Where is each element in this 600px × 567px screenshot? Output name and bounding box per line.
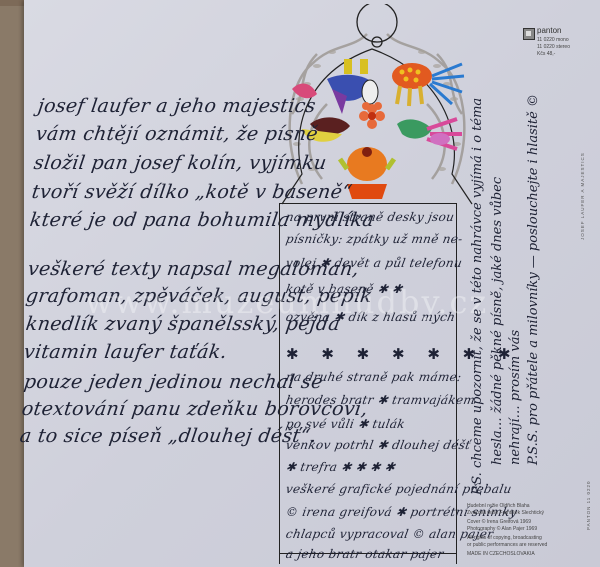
handwritten-liner-notes: josef laufer a jeho majestics vám chtějí… — [38, 95, 298, 455]
track-line: ✱ trefra ✱ ✱ ✱ ✱ — [285, 460, 397, 474]
price: Kčs 48,- — [537, 51, 555, 57]
ps-line: nehrají… prosím vás — [508, 330, 523, 465]
note-line: složil pan josef kolín, vyjímku — [32, 152, 328, 174]
credit-line: or public performances are reserved — [467, 542, 547, 549]
note-line: josef laufer a jeho majestics — [36, 95, 317, 117]
track-line: písničky: zpátky už mně ne- — [285, 232, 464, 246]
track-line: volej ✱ devět a půl telefonu — [285, 256, 464, 270]
track-line: herodes bratr ✱ tramvajákem — [285, 393, 477, 407]
note-line: a to sice píseň „dlouhej déšť“. — [18, 425, 318, 447]
track-line: na druhé straně pak máme: — [285, 370, 463, 384]
spine-title: JOSEF LAUFER A MAJESTICS — [580, 152, 585, 240]
catalog-mono: 11 0220 mono — [537, 37, 569, 43]
track-line: venkov potrhl ✱ dlouhej déšť — [285, 438, 472, 452]
track-line: chlapců vypracoval © alan pajer — [285, 527, 495, 541]
credits: Hudební režie Oldřich Blaha Zvuková reži… — [467, 503, 547, 558]
credit-line: All rights of copying, broadcasting — [467, 535, 547, 542]
credit-line: Zvuková režie František Slechtický — [467, 510, 547, 517]
credit-line: MADE IN CZECHOSLOVAKIA — [467, 551, 547, 558]
track-line: na první straně desky jsou — [285, 210, 456, 224]
track-line: po své vůli ✱ tulák — [285, 417, 406, 431]
note-line: vám chtějí oznámit, že písně — [34, 123, 319, 145]
ps-line: hesla… žádné pěkné písně, jaké dnes vůbe… — [490, 177, 505, 465]
watermark: www.muzeumhudby.cz — [85, 283, 488, 321]
catalog-stereo: 11 0220 stereo — [537, 44, 570, 50]
panton-logo-icon — [523, 28, 535, 40]
ps-line: P.S.S. pro přátele a milovníky — poslouc… — [526, 94, 541, 465]
note-line: vitamin laufer taťák. — [22, 341, 228, 363]
label-brand: panton — [537, 26, 561, 35]
spine-catalog: PANTON 11 0220 — [586, 480, 591, 530]
note-line: tvoří svěží dílko „kotě v baseně“ — [30, 181, 353, 203]
track-line: a jeho bratr otakar pajer — [285, 547, 445, 561]
ps-line: P.S. chceme upozornit, že se v této nahr… — [470, 98, 485, 495]
credit-line: Photography © Alan Pajer 1969 — [467, 526, 547, 533]
